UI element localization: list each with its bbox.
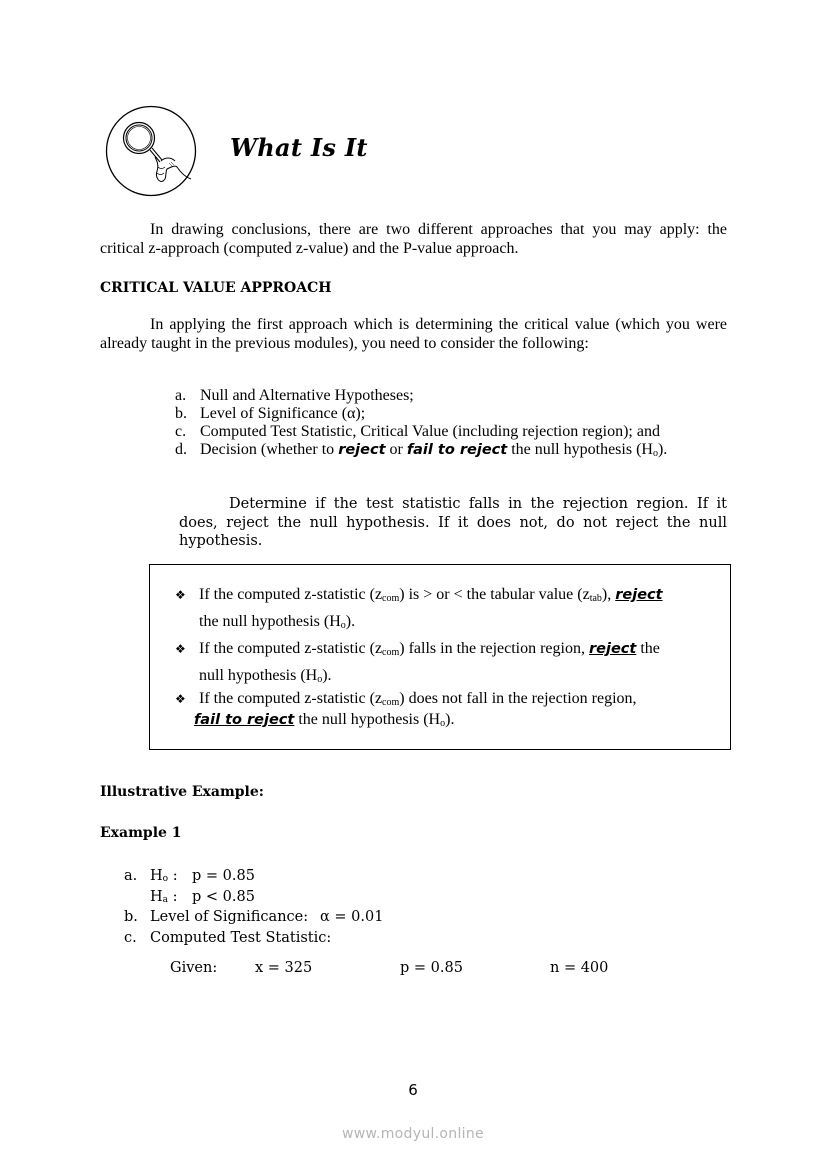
critical-intro-text: In applying the first approach which is … [100, 316, 727, 352]
section-title: What Is It [230, 133, 368, 162]
magnifying-glass-in-hand-icon [105, 105, 197, 197]
fail-to-reject-emphasis: fail to reject [407, 442, 507, 458]
list-item: d.Decision (whether to reject or fail to… [175, 441, 727, 463]
list-item: b.Level of Significance (α); [175, 405, 727, 423]
considerations-list: a.Null and Alternative Hypotheses; b.Lev… [175, 387, 727, 463]
diamond-bullet-icon: ❖ [175, 582, 199, 609]
intro-paragraph: In drawing conclusions, there are two di… [100, 220, 727, 258]
illustrative-example-heading: Illustrative Example: [100, 784, 264, 800]
reject-emphasis: reject [589, 641, 636, 657]
diamond-bullet-icon: ❖ [175, 689, 199, 710]
reject-emphasis: reject [615, 587, 662, 603]
fail-to-reject-emphasis: fail to reject [194, 712, 294, 728]
given-label: Given: [170, 960, 217, 976]
diamond-bullet-icon: ❖ [175, 636, 199, 663]
reject-emphasis: reject [338, 442, 385, 458]
list-item: c.Computed Test Statistic, Critical Valu… [175, 423, 727, 441]
page-number: 6 [0, 1081, 826, 1099]
given-x: x = 325 [255, 960, 312, 976]
rule-item: ❖If the computed z-statistic (zcom) is >… [175, 581, 735, 635]
example-1-heading: Example 1 [100, 825, 182, 841]
intro-text: In drawing conclusions, there are two di… [100, 221, 727, 257]
given-n: n = 400 [550, 960, 608, 976]
rule-item: ❖If the computed z-statistic (zcom) does… [175, 688, 735, 730]
decision-rules-box: ❖If the computed z-statistic (zcom) is >… [149, 564, 731, 750]
determine-paragraph: Determine if the test statistic falls in… [179, 495, 727, 551]
given-p: p = 0.85 [400, 960, 463, 976]
rule-item: ❖If the computed z-statistic (zcom) fall… [175, 635, 735, 689]
list-item: a.Null and Alternative Hypotheses; [175, 387, 727, 405]
critical-value-heading: CRITICAL VALUE APPROACH [100, 280, 331, 296]
critical-intro-paragraph: In applying the first approach which is … [100, 315, 727, 353]
watermark: www.modyul.online [0, 1126, 826, 1142]
